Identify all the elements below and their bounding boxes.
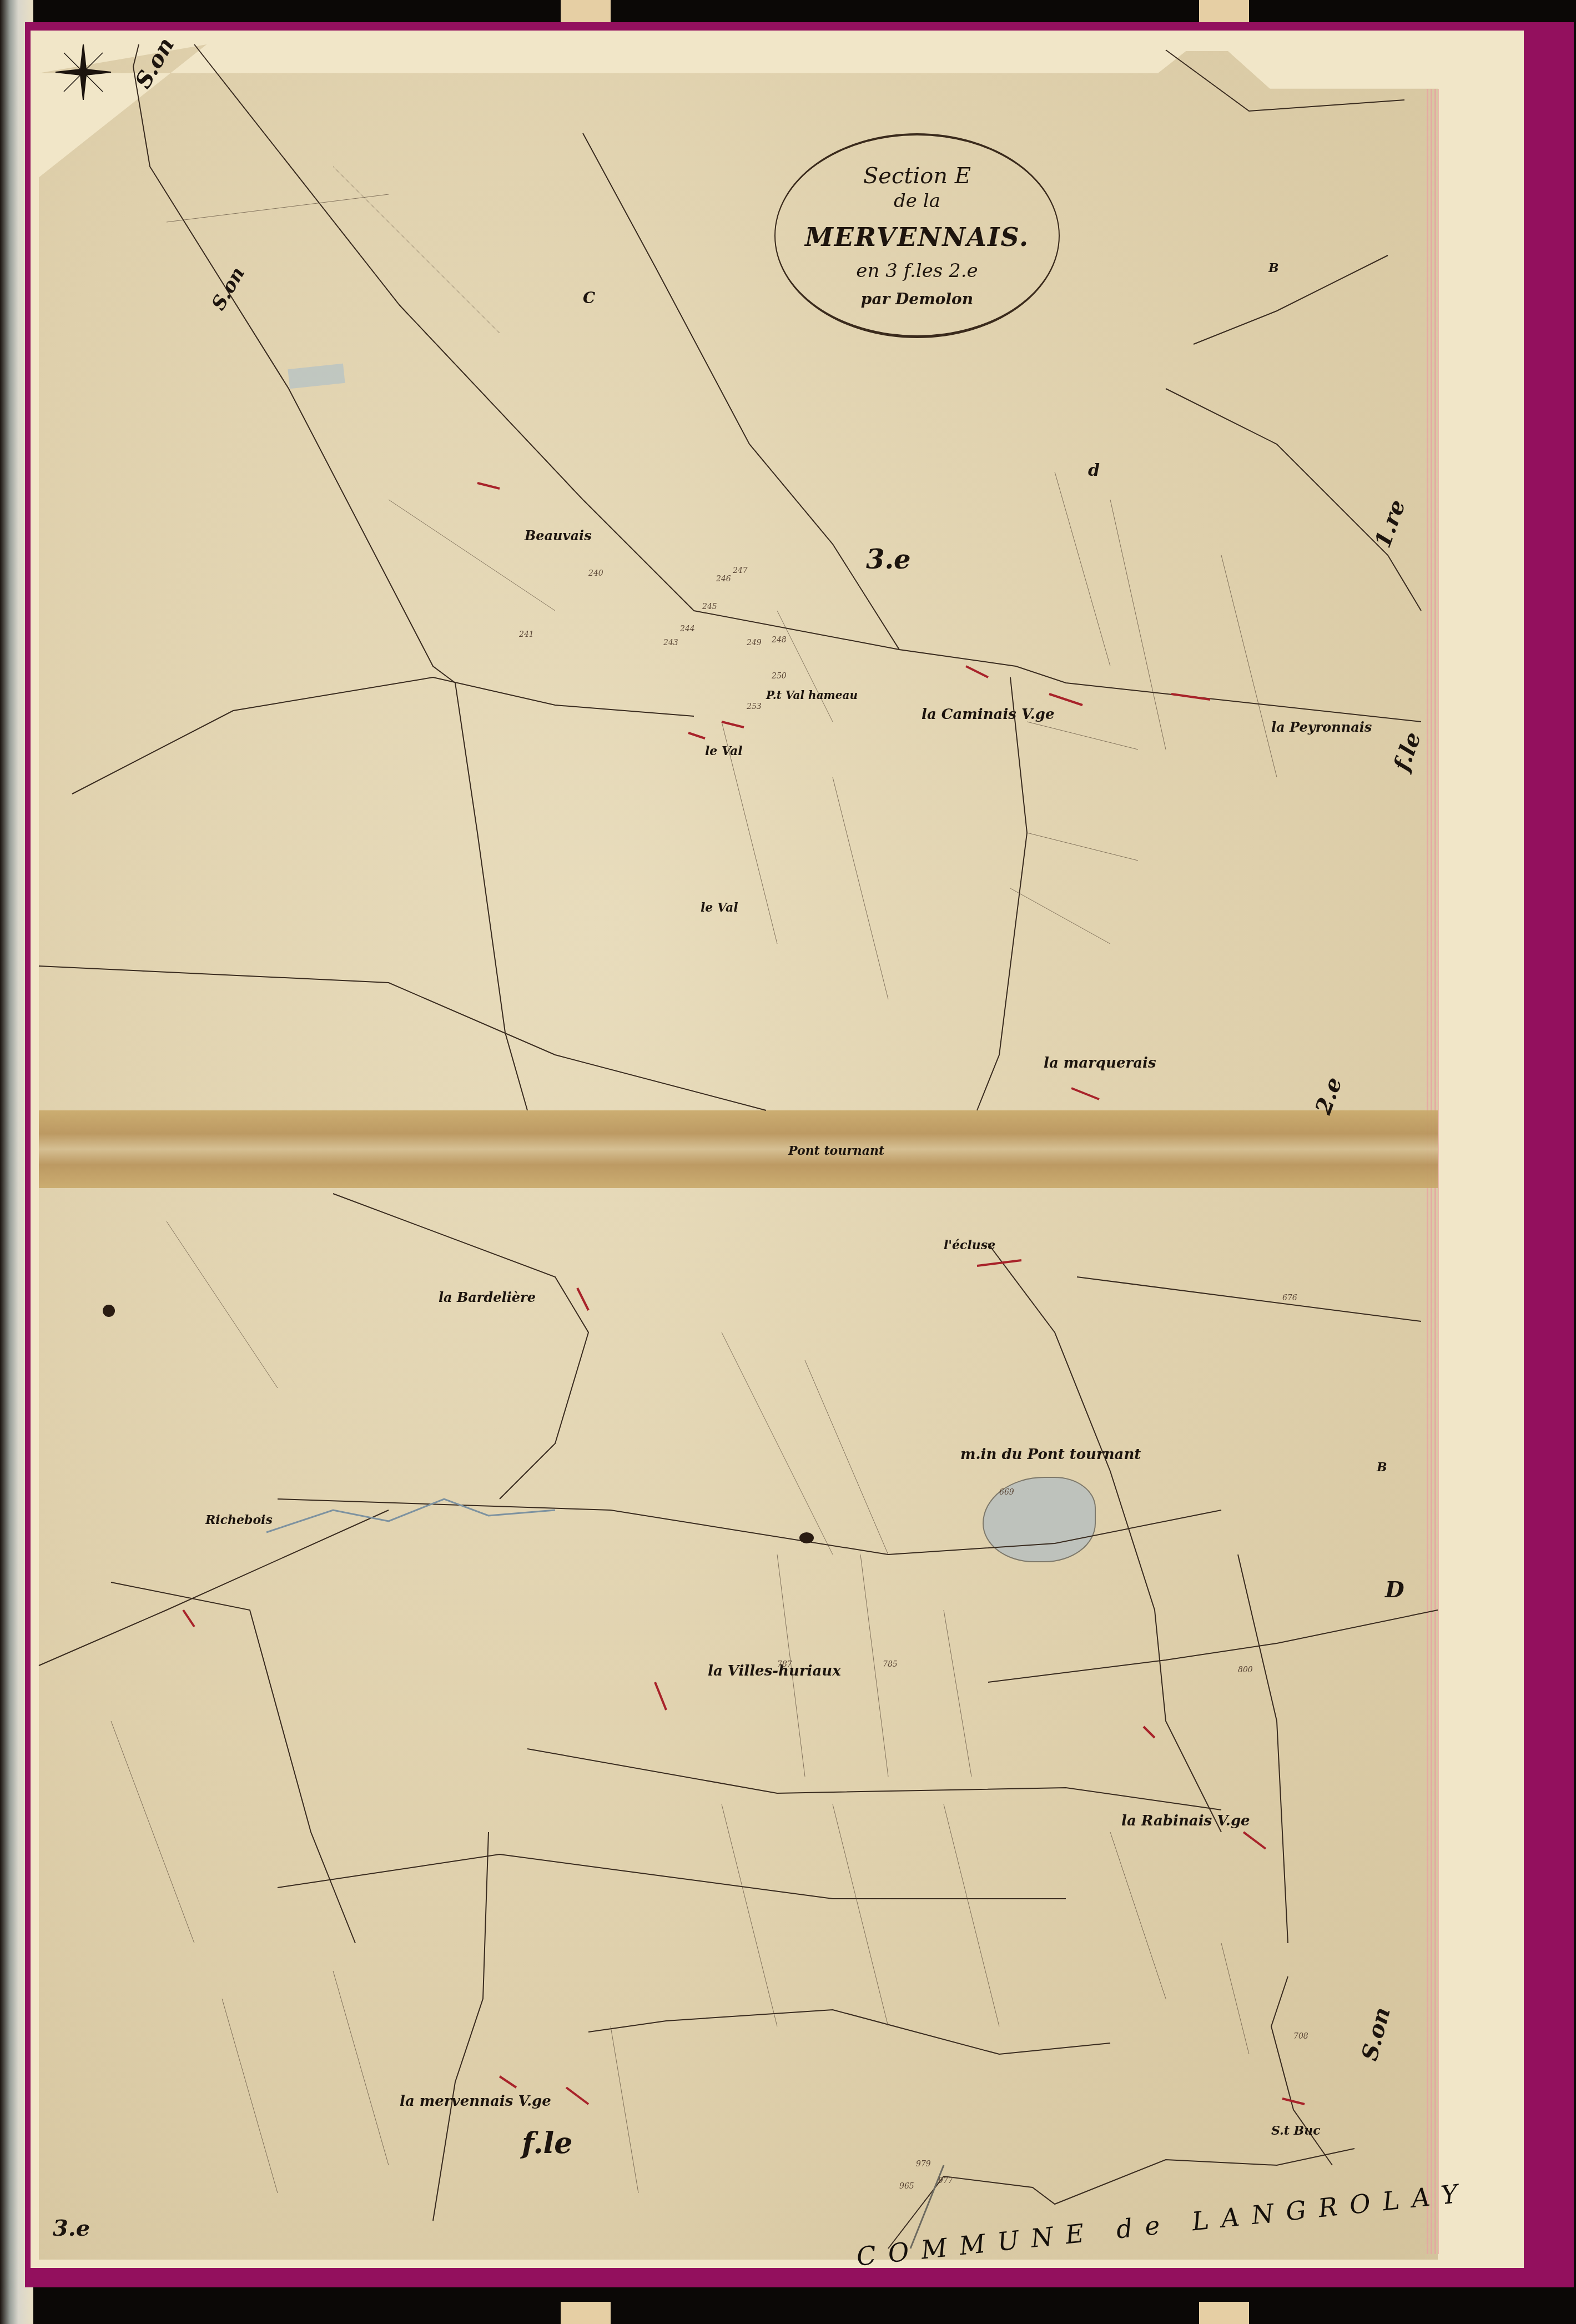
parcel-number: 245 (702, 602, 717, 611)
parcel-number: 785 (883, 1660, 898, 1669)
parcel-number: 250 (772, 672, 787, 681)
parcel-number: 248 (772, 636, 787, 645)
place-label: le Val (701, 901, 738, 915)
place-label: la mervennais V.ge (400, 2093, 551, 2110)
parcel-number: 244 (680, 625, 695, 633)
section-letter: B (1377, 1460, 1387, 1475)
parcel-number: 787 (777, 1660, 792, 1669)
parcel-number: 246 (716, 575, 731, 583)
place-label: la Caminais V.ge (922, 706, 1054, 723)
cartouche-author: par Demolon (776, 290, 1059, 308)
cartouche-section: Section E (776, 163, 1059, 189)
parcel-number: 249 (747, 638, 762, 647)
section-letter: B (1268, 261, 1279, 275)
place-label: la Bardelière (439, 1289, 536, 1305)
place-label: P.t Val hameau (766, 688, 858, 702)
place-label: Beauvais (525, 527, 592, 544)
section-letter: D (1385, 1577, 1404, 1603)
place-label: Richebois (205, 1513, 273, 1527)
sheet-number: f.le (522, 2126, 572, 2160)
sheet-number: 3.e (866, 544, 911, 575)
cartouche-de-la: de la (776, 190, 1059, 212)
parcel-number: 253 (747, 702, 762, 711)
place-label: la Villes-huriaux (708, 1663, 841, 1679)
parcel-number: 708 (1293, 2032, 1308, 2041)
ink-blot (103, 1305, 115, 1317)
cartouche-sheets: en 3 f.les 2.e (776, 260, 1059, 282)
section-letter: d (1088, 461, 1100, 480)
place-label: l'écluse (944, 1238, 995, 1252)
parcel-number: 241 (519, 630, 534, 639)
section-letter: C (583, 289, 595, 307)
place-label: m.in du Pont tournant (960, 1446, 1141, 1463)
place-label: Pont tournant (788, 1144, 884, 1158)
ink-blot (799, 1532, 814, 1543)
sheet-number: 3.e (53, 2215, 90, 2241)
place-label: la marquerais (1044, 1055, 1156, 1072)
parcel-number: 243 (663, 638, 678, 647)
parcel-number: 676 (1282, 1294, 1297, 1302)
parcel-number: 240 (588, 569, 603, 578)
place-label: S.t Buc (1271, 2124, 1321, 2138)
place-label: le Val (705, 744, 743, 758)
parcel-number: 669 (999, 1488, 1014, 1497)
place-label: la Rabinais V.ge (1121, 1813, 1250, 1829)
parcel-number: 247 (733, 566, 748, 575)
compass-rose-icon (53, 42, 114, 103)
parcel-number: 800 (1238, 1666, 1253, 1674)
title-cartouche: Section E de la MERVENNAIS. en 3 f.les 2… (774, 133, 1060, 338)
cartouche-commune: MERVENNAIS. (776, 222, 1059, 252)
parcel-number: 965 (899, 2182, 914, 2191)
parcel-number: 979 (916, 2160, 931, 2169)
parcel-boundaries (0, 0, 1576, 2324)
place-label: la Peyronnais (1271, 719, 1372, 735)
parcel-number: 977 (938, 2176, 953, 2185)
